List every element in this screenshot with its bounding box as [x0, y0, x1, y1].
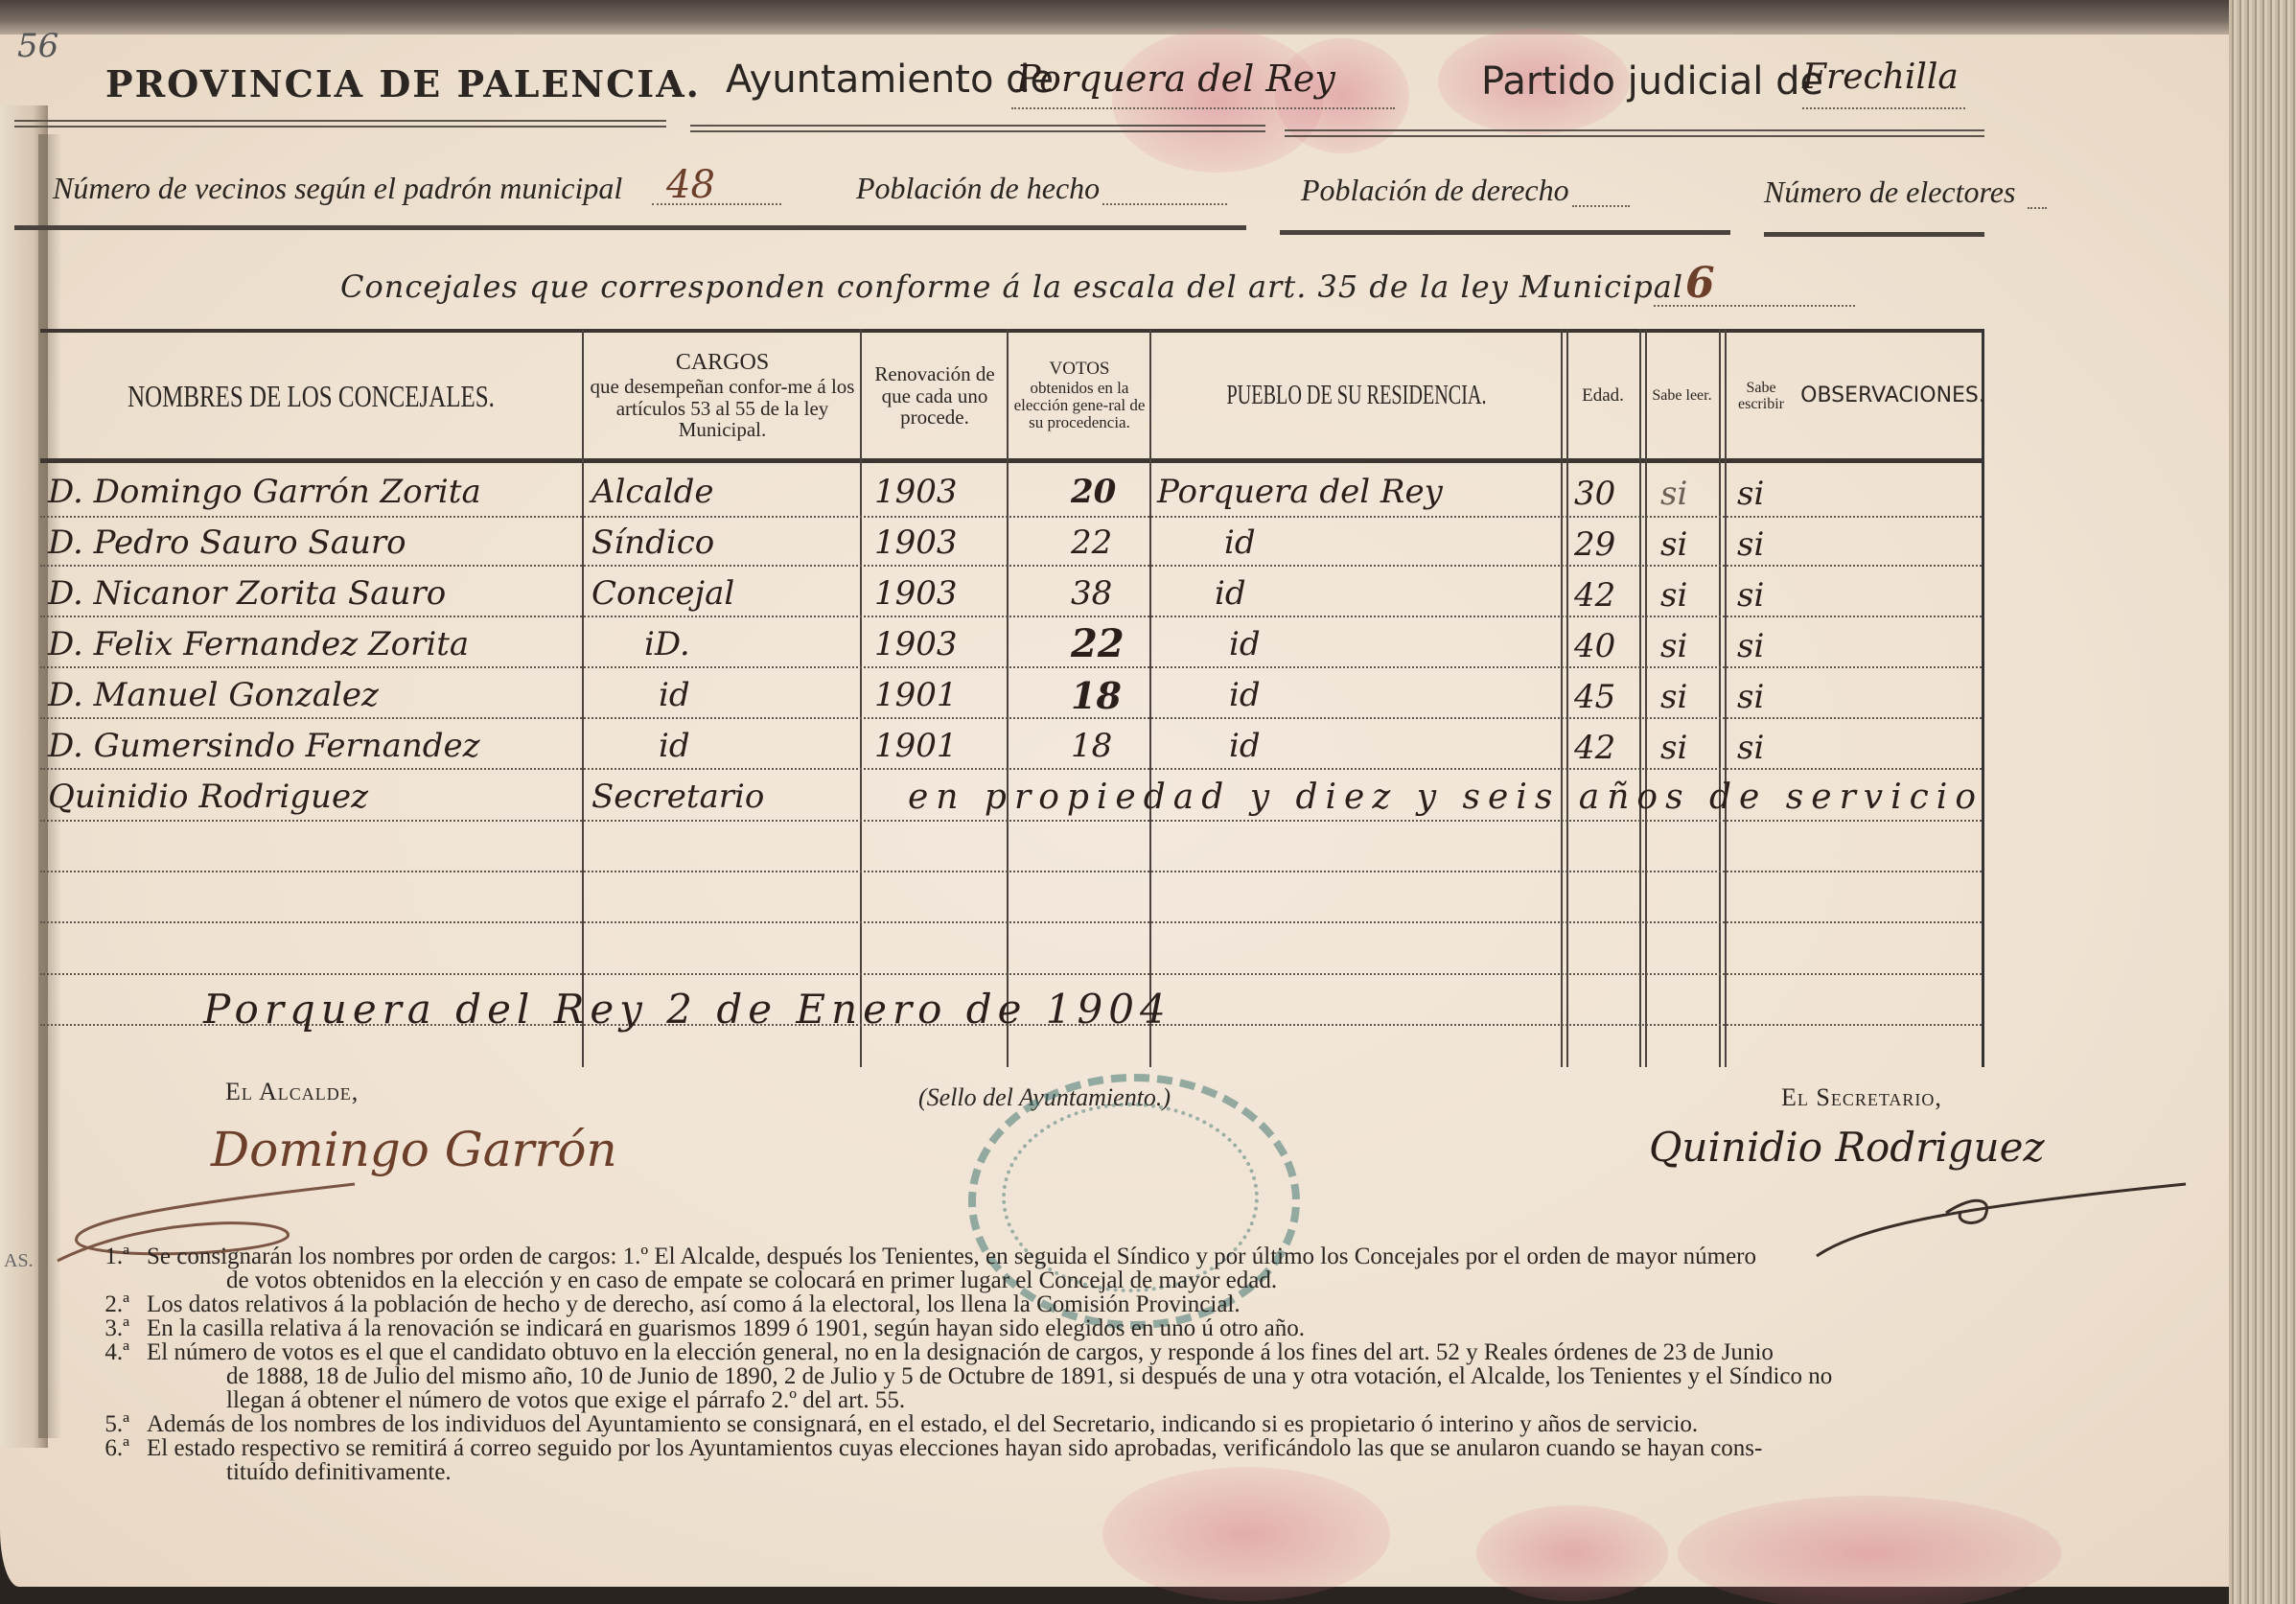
cell-renovacion: 1901: [874, 676, 958, 714]
note-3: 3.ªEn la casilla relativa á la renovació…: [58, 1316, 2205, 1340]
provincia-title: PROVINCIA DE PALENCIA.: [105, 62, 701, 105]
cell-pueblo: id: [1215, 574, 1246, 613]
stain: [1678, 1496, 2061, 1604]
header-renovacion: Renovación de que cada uno procede.: [863, 338, 1007, 453]
row-line: [40, 871, 1982, 872]
ayuntamiento-dotline: [1011, 107, 1395, 109]
note-number: 4.ª: [58, 1340, 129, 1364]
cell-nombre: Quinidio Rodriguez: [48, 778, 368, 816]
note-text: Se consignarán los nombres por orden de …: [147, 1244, 1756, 1269]
header-votos: VOTOS obtenidos en la elección gene-ral …: [1009, 338, 1149, 453]
divider: [14, 120, 666, 128]
cell-leer: si: [1660, 627, 1687, 665]
cell-leer: si: [1660, 729, 1687, 767]
cell-votos: 22: [1071, 523, 1112, 562]
row-line: [40, 616, 1982, 617]
cell-renovacion: 1901: [874, 727, 958, 765]
divider: [1285, 129, 1984, 137]
header-cargos-title: CARGOS: [676, 351, 769, 376]
column-divider: [1149, 329, 1151, 1067]
poblacion-hecho-label: Población de hecho: [856, 171, 1100, 206]
divider: [1764, 232, 1984, 237]
cell-cargo: Concejal: [591, 574, 734, 613]
divider: [14, 225, 1246, 230]
cell-escribir: si: [1737, 678, 1764, 716]
note-6: 6.ªEl estado respectivo se remitirá á co…: [58, 1436, 2205, 1460]
divider: [1280, 230, 1730, 235]
header-votos-title: VOTOS: [1050, 360, 1110, 380]
cell-renovacion: 1903: [874, 574, 958, 613]
cell-leer: si: [1660, 525, 1687, 564]
cell-renovacion: 1903: [874, 625, 958, 663]
header-edad: Edad.: [1566, 338, 1639, 453]
notes-prefix: AS.: [4, 1250, 34, 1272]
cell-edad: 30: [1574, 475, 1615, 513]
secretario-signature: Quinidio Rodriguez: [1649, 1124, 2045, 1171]
cell-cargo: id: [659, 727, 690, 765]
note-4: 4.ªEl número de votos es el que el candi…: [58, 1340, 2205, 1364]
header-pueblo: PUEBLO DE SU RESIDENCIA.: [1210, 338, 1504, 453]
cell-escribir: si: [1737, 475, 1764, 513]
cell-pueblo: id: [1229, 727, 1261, 765]
stain: [1102, 1467, 1390, 1601]
note-number: 2.ª: [58, 1292, 129, 1316]
cell-pueblo: id: [1229, 625, 1261, 663]
poblacion-derecho-field: [1572, 205, 1630, 207]
electores-field: [2028, 207, 2047, 209]
row-line: [40, 666, 1982, 668]
header-observaciones: OBSERVACIONES.: [1804, 338, 1982, 453]
table-header-rule: [40, 458, 1982, 463]
cell-observacion-secretario: en propiedad y diez y seis años de servi…: [908, 778, 1983, 817]
header-sabe-escribir: Sabe escribir: [1725, 338, 1797, 453]
note-number: 6.ª: [58, 1436, 129, 1460]
concejales-dotline: [1654, 305, 1855, 307]
cell-escribir: si: [1737, 729, 1764, 767]
note-number: 1.ª: [58, 1244, 129, 1268]
cell-leer: si: [1660, 576, 1687, 615]
cell-votos: 18: [1071, 727, 1112, 765]
note-number: 5.ª: [58, 1412, 129, 1436]
note-text: Los datos relativos á la población de he…: [147, 1291, 1241, 1317]
cell-edad: 40: [1574, 627, 1615, 665]
column-divider: [582, 329, 584, 1067]
cell-cargo: Síndico: [591, 523, 714, 562]
poblacion-derecho-label: Población de derecho: [1301, 173, 1569, 208]
header-cargos: CARGOS que desempeñan confor-me á los ar…: [585, 338, 860, 453]
note-text: llegan á obtener el número de votos que …: [58, 1388, 2205, 1412]
note-text: Además de los nombres de los individuos …: [147, 1411, 1698, 1437]
cell-votos: 20: [1071, 473, 1116, 511]
row-line: [40, 921, 1982, 923]
cell-leer: si: [1660, 678, 1687, 716]
note-text: En la casilla relativa á la renovación s…: [147, 1315, 1305, 1341]
page-number: 56: [17, 27, 58, 65]
note-text: El número de votos es el que el candidat…: [147, 1339, 1774, 1365]
header-cargos-sub: que desempeñan confor-me á los artículos…: [585, 376, 860, 441]
vecinos-value: 48: [666, 163, 715, 207]
cell-cargo: id: [659, 676, 690, 714]
column-divider: [1007, 329, 1009, 1067]
cell-renovacion: 1903: [874, 473, 958, 511]
partido-value: Frechilla: [1802, 58, 1959, 97]
electores-label: Número de electores: [1764, 174, 2015, 210]
concejales-value: 6: [1685, 259, 1715, 308]
note-text: de 1888, 18 de Julio del mismo año, 10 d…: [58, 1364, 2205, 1388]
notes-section: 1.ªSe consignarán los nombres por orden …: [58, 1244, 2205, 1484]
cell-votos: 38: [1071, 574, 1112, 613]
partido-label: Partido judicial de: [1481, 59, 1823, 104]
note-text: de votos obtenidos en la elección y en c…: [58, 1268, 2205, 1292]
concejales-label: Concejales que corresponden conforme á l…: [340, 268, 1683, 305]
cell-nombre: D. Manuel Gonzalez: [48, 676, 379, 714]
book-page-edges: [2229, 0, 2296, 1604]
cell-votos: 22: [1071, 621, 1125, 666]
cell-nombre: D. Gumersindo Fernandez: [48, 727, 480, 765]
note-1: 1.ªSe consignarán los nombres por orden …: [58, 1244, 2205, 1268]
partido-dotline: [1802, 107, 1965, 109]
note-text: El estado respectivo se remitirá á corre…: [147, 1435, 1762, 1461]
cell-pueblo: Porquera del Rey: [1157, 473, 1443, 511]
vecinos-label: Número de vecinos según el padrón munici…: [53, 171, 622, 206]
ayuntamiento-label: Ayuntamiento de: [726, 58, 1054, 102]
date-line: Porquera del Rey 2 de Enero de 1904: [203, 986, 1171, 1033]
concejales-table: NOMBRES DE LOS CONCEJALES. CARGOS que de…: [40, 329, 1984, 1067]
row-line: [40, 768, 1982, 770]
cell-edad: 42: [1574, 729, 1615, 767]
cell-renovacion: 1903: [874, 523, 958, 562]
cell-votos: 18: [1071, 674, 1122, 717]
note-2: 2.ªLos datos relativos á la población de…: [58, 1292, 2205, 1316]
row-line: [40, 820, 1982, 822]
cell-cargo: iD.: [644, 625, 690, 663]
cell-edad: 42: [1574, 576, 1615, 615]
cell-nombre: D. Felix Fernandez Zorita: [48, 625, 469, 663]
cell-edad: 45: [1574, 678, 1615, 716]
cell-escribir: si: [1737, 525, 1764, 564]
table-top-rule: [40, 329, 1982, 333]
note-5: 5.ªAdemás de los nombres de los individu…: [58, 1412, 2205, 1436]
cell-escribir: si: [1737, 576, 1764, 615]
note-number: 3.ª: [58, 1316, 129, 1340]
vecinos-dotline: [652, 203, 781, 205]
cell-pueblo: id: [1229, 676, 1261, 714]
poblacion-hecho-field: [1102, 203, 1227, 205]
book-top-edge: [0, 0, 2296, 35]
cell-cargo: Secretario: [591, 778, 764, 816]
cell-pueblo: id: [1224, 523, 1256, 562]
stain: [1476, 1505, 1668, 1601]
row-line: [40, 516, 1982, 518]
header-votos-sub: obtenidos en la elección gene-ral de su …: [1009, 380, 1149, 432]
divider: [690, 125, 1265, 132]
secretario-label: El Secretario,: [1781, 1083, 1942, 1112]
row-line: [40, 717, 1982, 719]
ayuntamiento-value: Porquera del Rey: [1016, 58, 1400, 100]
header-nombres: NOMBRES DE LOS CONCEJALES.: [100, 338, 522, 453]
cell-edad: 29: [1574, 525, 1615, 564]
cell-cargo: Alcalde: [591, 473, 714, 511]
cell-leer: si: [1660, 475, 1687, 513]
cell-nombre: D. Pedro Sauro Sauro: [48, 523, 406, 562]
note-text: tituído definitivamente.: [58, 1460, 2205, 1484]
alcalde-label: El Alcalde,: [225, 1078, 359, 1106]
cell-nombre: D. Nicanor Zorita Sauro: [48, 574, 446, 613]
header-sabe-leer: Sabe leer.: [1645, 338, 1719, 453]
cell-escribir: si: [1737, 627, 1764, 665]
row-line: [40, 565, 1982, 567]
cell-nombre: D. Domingo Garrón Zorita: [48, 473, 481, 511]
column-divider: [860, 329, 862, 1067]
row-line: [40, 973, 1982, 975]
